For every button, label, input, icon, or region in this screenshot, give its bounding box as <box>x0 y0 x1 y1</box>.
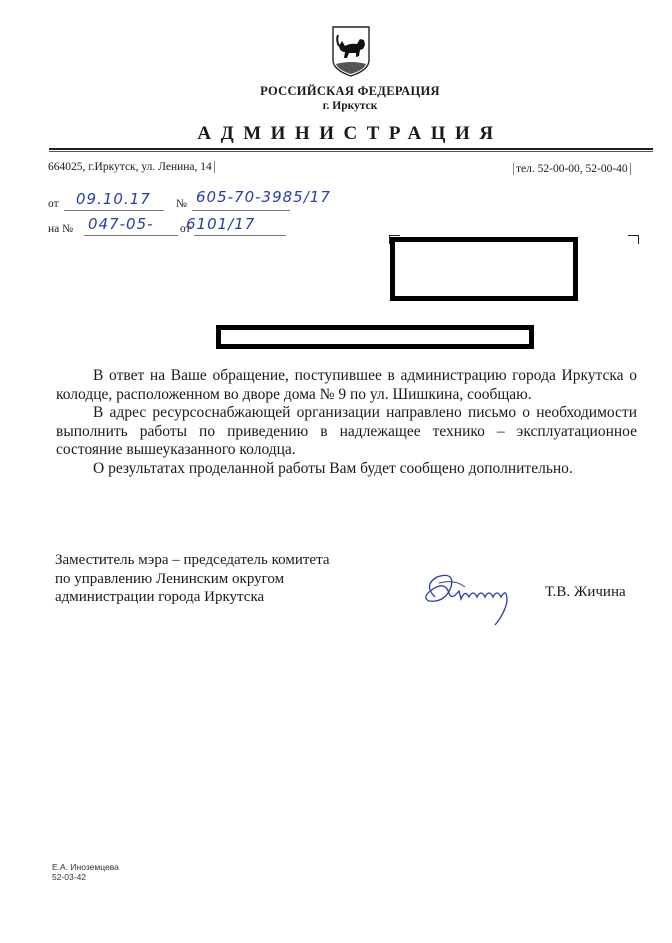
signer-name: Т.В. Жичина <box>545 584 626 601</box>
header-divider <box>49 148 653 150</box>
organization-address: 664025, г.Иркутск, ул. Ленина, 14 <box>48 161 215 173</box>
outgoing-number-label: № <box>176 198 187 210</box>
from-date-label: от <box>48 198 59 210</box>
letter-body: В ответ на Ваше обращение, поступившее в… <box>56 367 637 479</box>
organization-heading: АДМИНИСТРАЦИЯ <box>14 123 672 145</box>
reply-to-number-label: на № <box>48 223 73 235</box>
organization-phone: тел. 52-00-00, 52-00-40 <box>513 163 631 175</box>
address-corner-mark-right <box>628 235 639 244</box>
outgoing-number-value: 605-70-3985/17 <box>196 188 331 206</box>
signer-title: Заместитель мэра – председатель комитета… <box>55 551 329 607</box>
executor-info: Е.А. Иноземцева 52-03-42 <box>52 862 119 882</box>
executor-name: Е.А. Иноземцева <box>52 862 119 872</box>
signer-title-line: администрации города Иркутска <box>55 588 329 607</box>
irkutsk-coat-of-arms-icon <box>330 24 372 78</box>
city-heading: г. Иркутск <box>14 100 672 112</box>
from-date-value: 09.10.17 <box>76 190 151 208</box>
signer-title-line: по управлению Ленинским округом <box>55 570 329 589</box>
country-heading: РОССИЙСКАЯ ФЕДЕРАЦИЯ <box>14 84 672 99</box>
reply-date-value: 6101/17 <box>186 215 255 233</box>
redacted-recipient-address <box>390 237 578 301</box>
body-paragraph: В адрес ресурсоснабжающей организации на… <box>56 404 637 460</box>
header-divider-thin <box>49 151 653 152</box>
body-paragraph: В ответ на Ваше обращение, поступившее в… <box>56 367 637 404</box>
body-paragraph: О результатах проделанной работы Вам буд… <box>56 460 637 479</box>
reply-to-number-value: 047-05- <box>88 215 154 233</box>
signer-title-line: Заместитель мэра – председатель комитета <box>55 551 329 570</box>
executor-phone: 52-03-42 <box>52 872 119 882</box>
handwritten-signature-icon <box>415 567 525 627</box>
redacted-salutation <box>216 325 534 349</box>
